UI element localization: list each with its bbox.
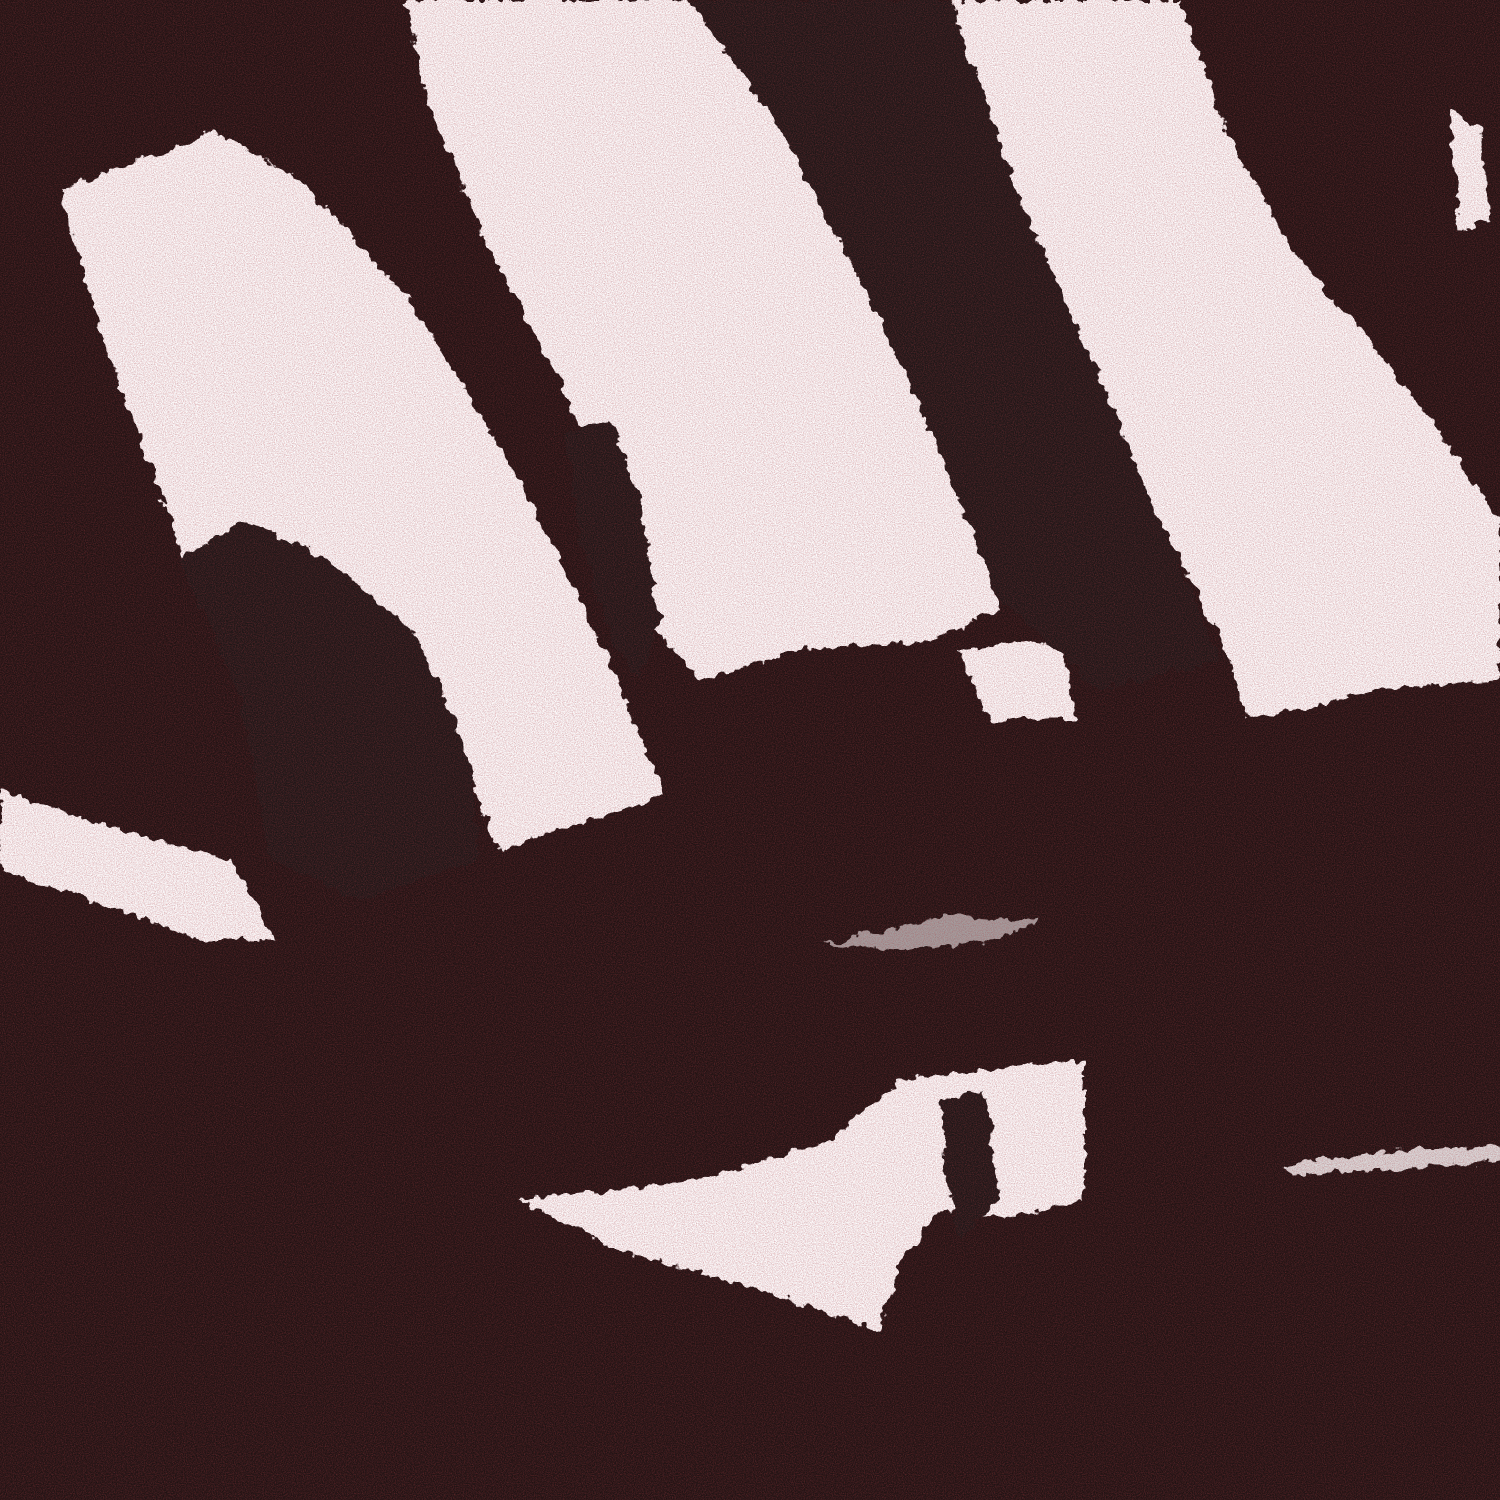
speckle-noise (0, 0, 1500, 1500)
photograph (0, 0, 1500, 1500)
